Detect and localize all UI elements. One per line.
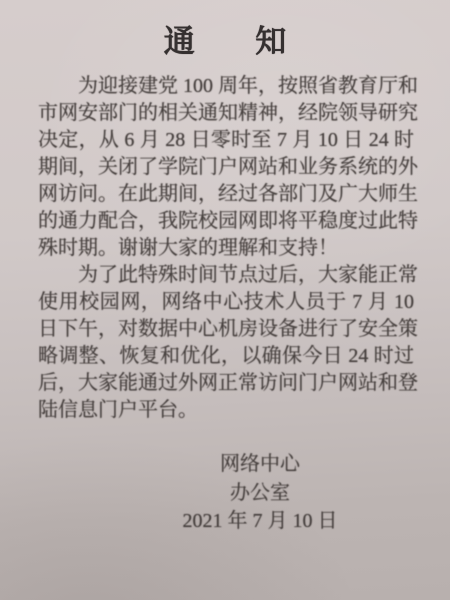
text-line: 使用校园网，网络中心技术人员于 7 月 10 bbox=[38, 289, 414, 316]
signature-block: 网络中心办公室2021 年 7 月 10 日 bbox=[85, 450, 435, 536]
notice-body: 为迎接建党 100 周年，按照省教育厅和市网安部门的相关通知精神，经院领导研究决… bbox=[38, 73, 414, 424]
text-line: 网访问。在此期间，经过各部门及广大师生 bbox=[38, 181, 414, 208]
text-line: 期间，关闭了学院门户网站和业务系统的外 bbox=[38, 154, 414, 181]
notice-title: 通知 bbox=[0, 24, 450, 60]
notice-title-text: 通知 bbox=[164, 24, 347, 60]
text-line: 日下午，对数据中心机房设备进行了安全策 bbox=[38, 316, 414, 343]
text-line: 市网安部门的相关通知精神，经院领导研究 bbox=[38, 100, 414, 127]
paragraph-1: 为迎接建党 100 周年，按照省教育厅和市网安部门的相关通知精神，经院领导研究决… bbox=[38, 73, 414, 262]
signature-org: 网络中心 bbox=[85, 450, 435, 479]
signature-date: 2021 年 7 月 10 日 bbox=[85, 507, 435, 536]
text-line: 略调整、恢复和优化，以确保今日 24 时过 bbox=[38, 343, 414, 370]
paragraph-2: 为了此特殊时间节点过后，大家能正常使用校园网，网络中心技术人员于 7 月 10日… bbox=[38, 262, 414, 424]
notice-paper: 通知 为迎接建党 100 周年，按照省教育厅和市网安部门的相关通知精神，经院领导… bbox=[0, 0, 450, 600]
text-line: 为了此特殊时间节点过后，大家能正常 bbox=[38, 262, 414, 289]
text-line: 为迎接建党 100 周年，按照省教育厅和 bbox=[38, 73, 414, 100]
text-line: 决定，从 6 月 28 日零时至 7 月 10 日 24 时 bbox=[38, 127, 414, 154]
text-line: 殊时期。谢谢大家的理解和支持！ bbox=[38, 235, 414, 262]
notice-photo: 通知 为迎接建党 100 周年，按照省教育厅和市网安部门的相关通知精神，经院领导… bbox=[0, 0, 450, 600]
signature-office: 办公室 bbox=[85, 479, 435, 508]
text-line: 后，大家能通过外网正常访问门户网站和登 bbox=[38, 370, 414, 397]
text-line: 陆信息门户平台。 bbox=[38, 397, 414, 424]
text-line: 的通力配合，我院校园网即将平稳度过此特 bbox=[38, 208, 414, 235]
